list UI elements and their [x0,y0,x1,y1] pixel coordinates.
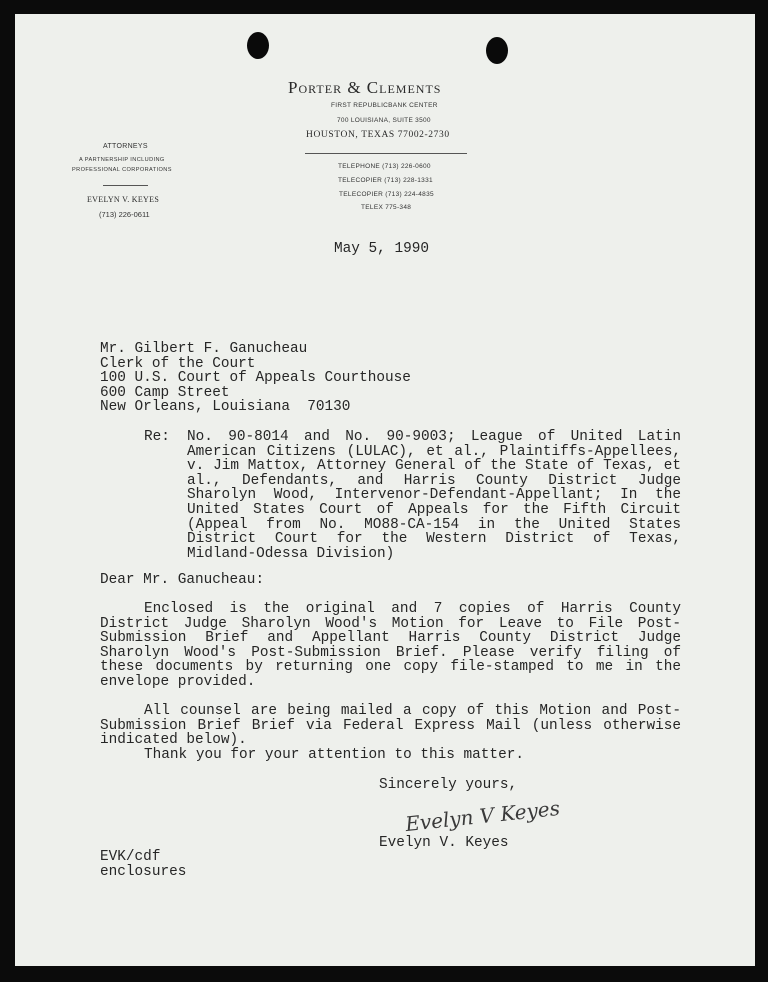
body-paragraph-2: All counsel are being mailed a copy of t… [100,704,681,748]
telecopier-2: TELECOPIER (713) 224-4835 [339,191,434,198]
recipient-address-2: 600 Camp Street [100,386,230,401]
signer-name: Evelyn V. Keyes [379,836,509,851]
firm-name: Porter & Clements [288,78,441,98]
attorney-phone: (713) 226-0611 [99,210,150,219]
partnership-line-1: A PARTNERSHIP INCLUDING [79,157,165,163]
valediction: Sincerely yours, [379,778,517,793]
left-divider [103,185,148,186]
typist-initials: EVK/cdf [100,850,160,865]
recipient-address-3: New Orleans, Louisiana 70130 [100,400,350,415]
recipient-title: Clerk of the Court [100,357,255,372]
attorneys-label: ATTORNEYS [103,143,148,150]
enclosures-note: enclosures [100,865,186,880]
recipient-address-1: 100 U.S. Court of Appeals Courthouse [100,371,411,386]
telecopier-1: TELECOPIER (713) 228-1331 [338,177,433,184]
telex: TELEX 775-348 [361,204,411,211]
recipient-name: Mr. Gilbert F. Ganucheau [100,342,307,357]
address-line-1: FIRST REPUBLICBANK CENTER [331,102,438,109]
letterhead-divider [305,153,467,154]
salutation: Dear Mr. Ganucheau: [100,573,264,588]
re-label: Re: [144,430,170,445]
re-subject: No. 90-8014 and No. 90-9003; League of U… [187,430,681,561]
address-line-2: 700 LOUISIANA, SUITE 3500 [337,117,431,124]
letter-date: May 5, 1990 [334,242,429,257]
attorney-name: EVELYN V. KEYES [87,195,159,204]
handwritten-signature: Evelyn V Keyes [404,796,561,836]
body-paragraph-1: Enclosed is the original and 7 copies of… [100,602,681,690]
partnership-line-2: PROFESSIONAL CORPORATIONS [72,167,172,173]
telephone: TELEPHONE (713) 226-0600 [338,163,431,170]
punch-hole-left [247,32,269,59]
city-line: HOUSTON, TEXAS 77002-2730 [306,130,450,140]
body-paragraph-3: Thank you for your attention to this mat… [144,748,524,763]
letter-page: Porter & Clements FIRST REPUBLICBANK CEN… [15,14,755,966]
punch-hole-right [486,37,508,64]
